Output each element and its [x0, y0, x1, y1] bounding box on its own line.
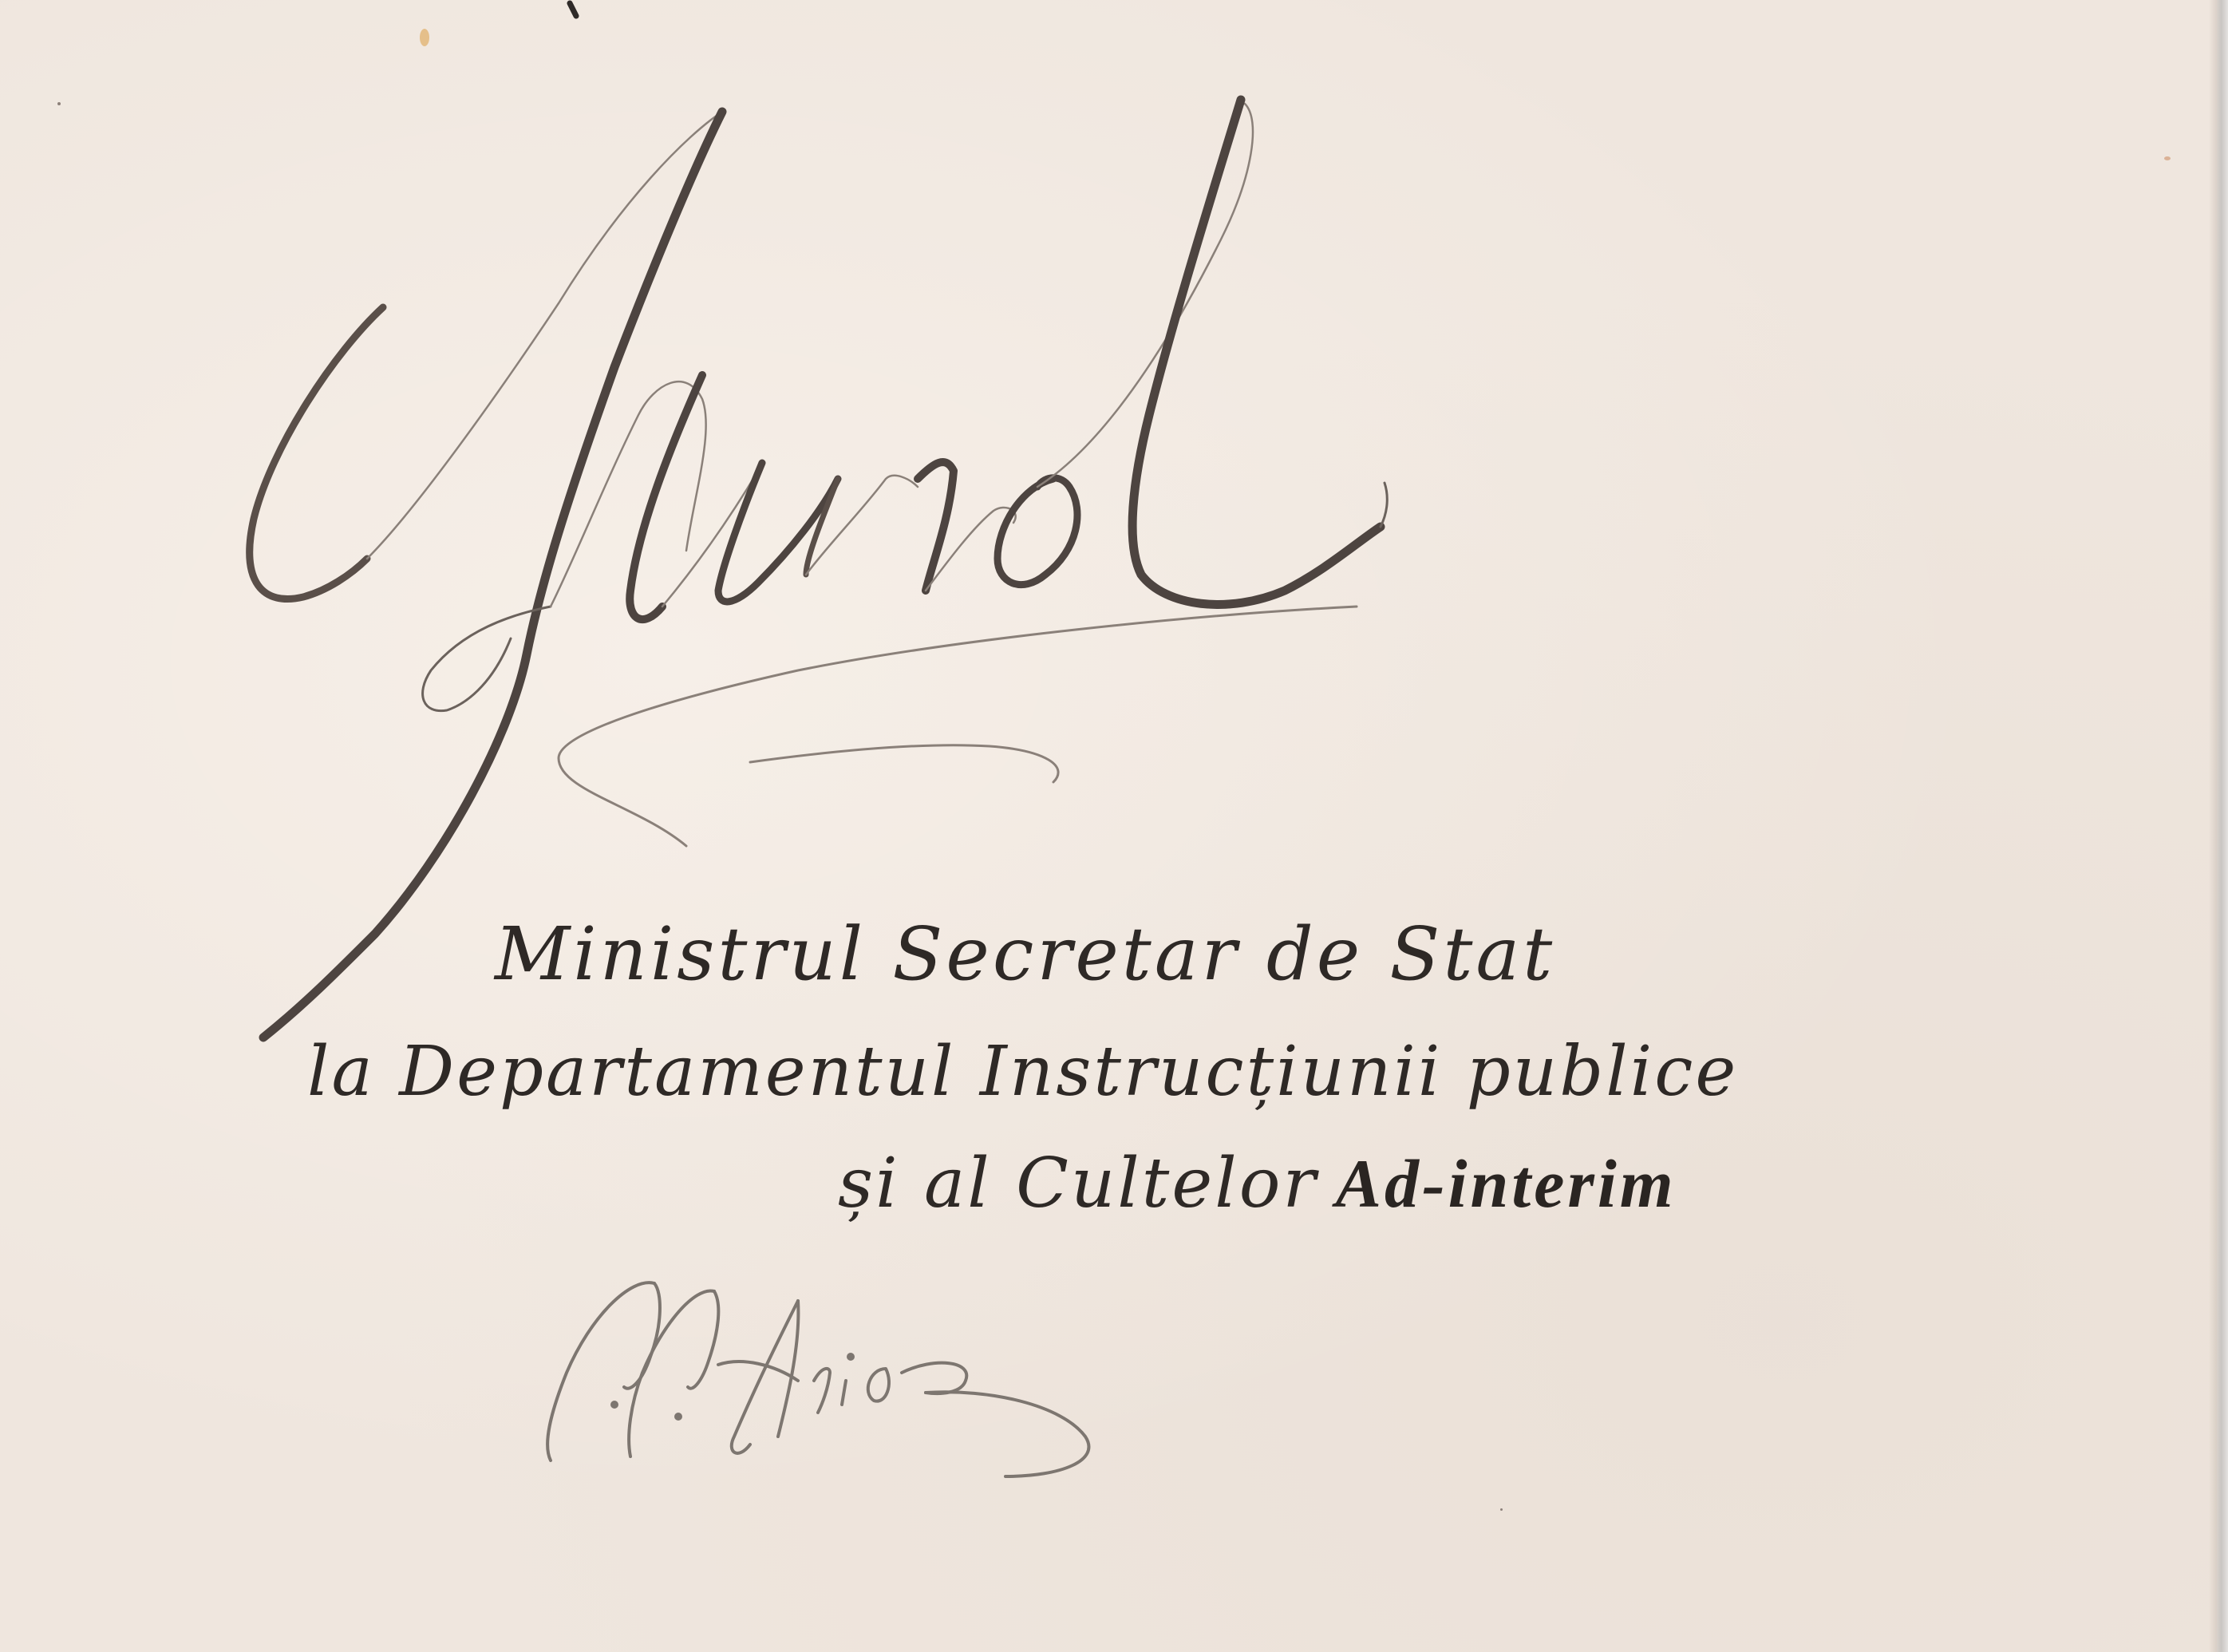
minister-signature-arion	[547, 1282, 1088, 1476]
ad-interim-annotation: Ad-interim	[1336, 1145, 1677, 1222]
pen-mark	[570, 3, 576, 16]
minister-title-line-3-main: și al Cultelor	[838, 1144, 1318, 1223]
minister-title-line-1: Ministrul Secretar de Stat	[495, 918, 1555, 991]
minister-title-line-3: și al CultelorAd-interim	[838, 1149, 1677, 1218]
handwriting-layer	[0, 0, 2228, 1652]
minister-title-line-2: la Departamentul Instrucțiunii publice	[307, 1037, 1738, 1106]
royal-signature-carol	[250, 100, 1388, 1037]
document-page: Ministrul Secretar de Stat la Departamen…	[0, 0, 2228, 1652]
